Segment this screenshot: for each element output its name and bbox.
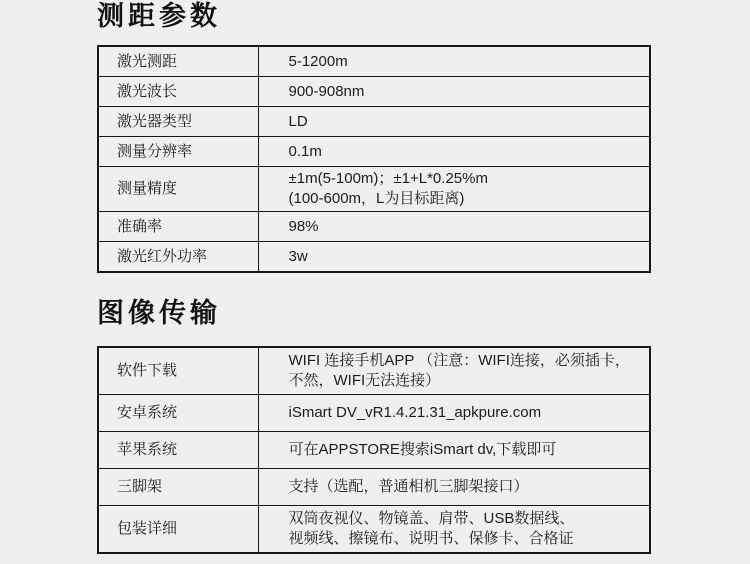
- table-row: 准确率 98%: [98, 212, 650, 242]
- image-transmission-table: 软件下载 WIFI 连接手机APP （注意：WIFI连接，必须插卡， 不然，WI…: [97, 346, 651, 554]
- spec-value: 5-1200m: [258, 46, 650, 77]
- table-row: 激光测距 5-1200m: [98, 46, 650, 77]
- table-row: 苹果系统 可在APPSTORE搜索iSmart dv,下载即可: [98, 432, 650, 469]
- table-row: 激光波长 900-908nm: [98, 77, 650, 107]
- spec-value: LD: [258, 107, 650, 137]
- spec-value: 双筒夜视仪、物镜盖、肩带、USB数据线、 视频线、擦镜布、说明书、保修卡、合格证: [258, 506, 650, 554]
- table-row: 激光器类型 LD: [98, 107, 650, 137]
- table-row: 激光红外功率 3w: [98, 242, 650, 273]
- spec-value: ±1m(5-100m)；±1+L*0.25%m (100-600m，L为目标距离…: [258, 167, 650, 212]
- spec-value: 可在APPSTORE搜索iSmart dv,下载即可: [258, 432, 650, 469]
- spec-label: 安卓系统: [98, 395, 258, 432]
- spec-label: 苹果系统: [98, 432, 258, 469]
- spec-label: 激光测距: [98, 46, 258, 77]
- table-row: 软件下载 WIFI 连接手机APP （注意：WIFI连接，必须插卡， 不然，WI…: [98, 347, 650, 395]
- section-title-ranging: 测距参数: [97, 0, 651, 32]
- table-row: 三脚架 支持（选配，普通相机三脚架接口）: [98, 469, 650, 506]
- table-row: 安卓系统 iSmart DV_vR1.4.21.31_apkpure.com: [98, 395, 650, 432]
- table-row: 包装详细 双筒夜视仪、物镜盖、肩带、USB数据线、 视频线、擦镜布、说明书、保修…: [98, 506, 650, 554]
- spec-label: 测量精度: [98, 167, 258, 212]
- spec-value: 0.1m: [258, 137, 650, 167]
- ranging-params-table: 激光测距 5-1200m 激光波长 900-908nm 激光器类型 LD 测量分…: [97, 45, 651, 273]
- spec-content: 测距参数 激光测距 5-1200m 激光波长 900-908nm 激光器类型 L…: [97, 0, 651, 554]
- spec-label: 包装详细: [98, 506, 258, 554]
- spec-label: 激光波长: [98, 77, 258, 107]
- spec-label: 准确率: [98, 212, 258, 242]
- spec-value: 支持（选配，普通相机三脚架接口）: [258, 469, 650, 506]
- section-title-image-transmission: 图像传输: [97, 297, 651, 329]
- spec-label: 三脚架: [98, 469, 258, 506]
- spec-value: WIFI 连接手机APP （注意：WIFI连接，必须插卡， 不然，WIFI无法连…: [258, 347, 650, 395]
- spec-label: 软件下载: [98, 347, 258, 395]
- product-spec-page: 测距参数 激光测距 5-1200m 激光波长 900-908nm 激光器类型 L…: [0, 0, 750, 564]
- spec-value: 900-908nm: [258, 77, 650, 107]
- spec-value: 98%: [258, 212, 650, 242]
- spec-value: iSmart DV_vR1.4.21.31_apkpure.com: [258, 395, 650, 432]
- spec-label: 激光红外功率: [98, 242, 258, 273]
- spec-label: 激光器类型: [98, 107, 258, 137]
- table-row: 测量分辨率 0.1m: [98, 137, 650, 167]
- table-row: 测量精度 ±1m(5-100m)；±1+L*0.25%m (100-600m，L…: [98, 167, 650, 212]
- spec-label: 测量分辨率: [98, 137, 258, 167]
- spec-value: 3w: [258, 242, 650, 273]
